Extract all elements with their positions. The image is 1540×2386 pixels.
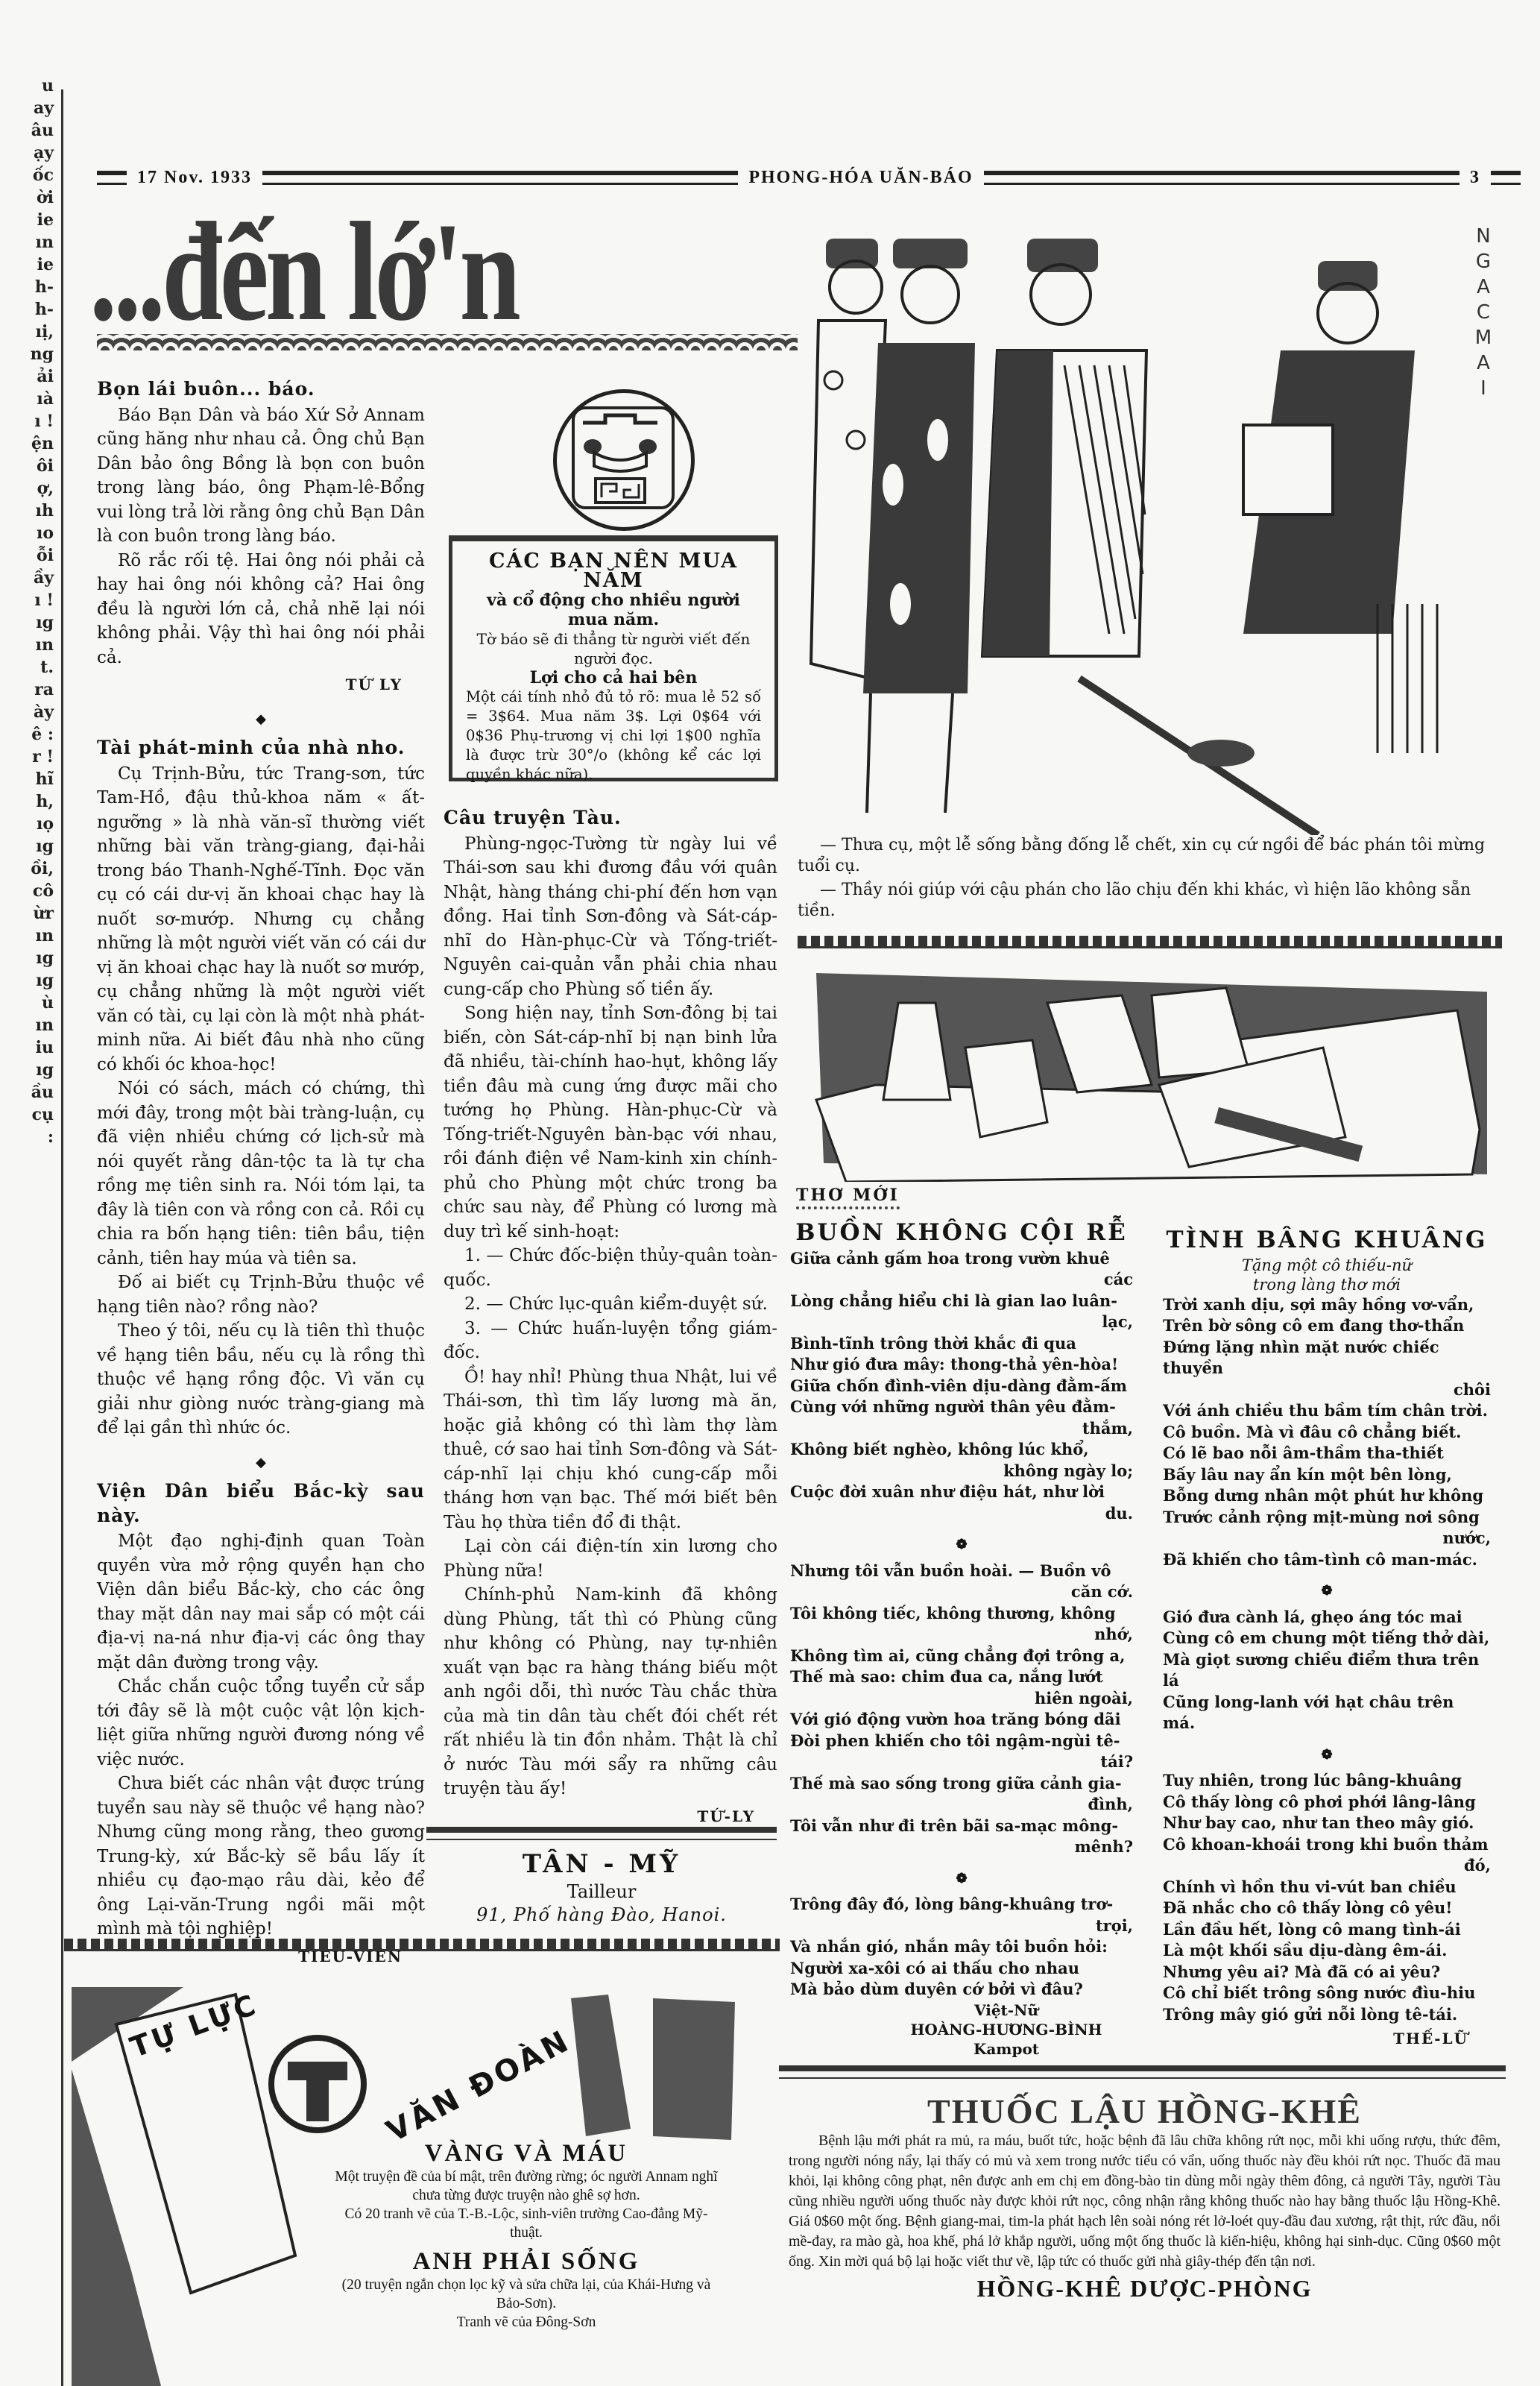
artist-signature-letter: A (1472, 350, 1495, 376)
poem-byline: THẾ-LỮ (1163, 2028, 1468, 2050)
poem-line: Mà bảo dùm duyên cớ bởi vì đâu? (790, 1979, 1133, 2001)
poem-line-continuation: chôi (1163, 1379, 1491, 1401)
ad-headline: THUỐC LẬU HỒNG-KHÊ (781, 2091, 1508, 2131)
column-1: Bọn lái buôn... báo. Báo Bạn Dân và báo … (97, 373, 425, 1968)
gutter-fragment: ıị, (0, 321, 58, 343)
gutter-fragment: ın (0, 1014, 58, 1036)
caption-line: — Thầy nói giúp với cậu phán cho lão chị… (798, 880, 1498, 922)
gutter-fragment: ıg (0, 947, 58, 969)
book-title: ANH PHẢI SỐNG (332, 2253, 720, 2271)
notice-line: Tờ báo sẽ đi thẳng từ người viết đến ngư… (466, 629, 761, 668)
poem-line: Trời xanh dịu, sợi mây hồng vơ-vẩn, (1163, 1294, 1491, 1316)
gutter-fragment: hĩ (0, 768, 58, 790)
poem-line-continuation: không ngày lo; (790, 1461, 1133, 1482)
poem-line: Và nhắn gió, nhắn mây tôi buồn hỏi: (790, 1936, 1133, 1958)
poem-line-continuation: đó, (1163, 1855, 1491, 1877)
poem-byline: HOÀNG-HƯƠNG-BÌNH (790, 2020, 1133, 2039)
gutter-fragment: t. (0, 656, 58, 679)
section-heading: Bọn lái buôn... báo. (97, 377, 425, 402)
page-fold-line (61, 89, 63, 2386)
gutter-fragment: cụ (0, 1104, 58, 1126)
cartoon-caption: — Thưa cụ, một lễ sống bằng đống lễ chết… (798, 835, 1498, 925)
page-number: 3 (1470, 168, 1480, 188)
poem-line: Cô chỉ biết trông sông nước đìu-hiu (1163, 1983, 1491, 2004)
gutter-fragment: ıo (0, 522, 58, 544)
page-title: ...đến lớ'n (89, 209, 642, 343)
gutter-fragment: ồi, (0, 857, 58, 880)
column-2: Câu truyện Tàu. Phùng-ngọc-Tường từ ngày… (444, 802, 777, 1828)
paragraph: Một đạo nghị-định quan Toàn quyền vừa mở… (97, 1529, 425, 1675)
paragraph: Báo Bạn Dân và báo Xứ Sở Annam cũng hăng… (97, 403, 425, 549)
poem-line: Nhưng yêu ai? Mà đã có ai yêu? (1163, 1962, 1491, 1983)
gutter-fragment: ie (0, 254, 58, 276)
poem-line-continuation: mênh? (790, 1836, 1133, 1858)
poem-line: Đòi phen khiến cho tôi ngậm-ngùi tê- (790, 1731, 1133, 1752)
paragraph: Chưa biết các nhân vật được trúng tuyển … (97, 1772, 425, 1942)
poem-line-continuation: nước, (1163, 1528, 1491, 1549)
poem-line: Cùng với những người thân yêu đằm- (790, 1397, 1133, 1418)
gutter-fragment: ıà (0, 388, 58, 410)
poem-line: Lòng chẳng hiểu chi là gian lao luân- (790, 1291, 1133, 1312)
hong-khe-medicine-ad: THUỐC LẬU HỒNG-KHÊ Bệnh lậu mới phát ra … (781, 2091, 1508, 2302)
poem-line-continuation: lạc, (790, 1312, 1133, 1333)
notice-details: Một cái tính nhỏ đủ tỏ rõ: mua lẻ 52 số … (466, 687, 761, 784)
gutter-fragment: ời (0, 186, 58, 209)
byline: TỨ LY (97, 673, 403, 697)
poem-line-continuation: thắm, (790, 1418, 1133, 1440)
poem-title: BUỒN KHÔNG CỘI RỄ (790, 1222, 1133, 1244)
poem-line: Cô buồn. Mà vì đâu cô chẳng biết. (1163, 1422, 1491, 1444)
poem-line: Với ánh chiều thu bầm tím chân trời. (1163, 1400, 1491, 1422)
gutter-fragment: u (0, 75, 58, 97)
gutter-fragment: ạy (0, 142, 58, 164)
section-rule (798, 936, 1502, 948)
list-item: 1. — Chức đốc-biện thủy-quân toàn-quốc. (444, 1244, 777, 1292)
paragraph: Theo ý tôi, nếu cụ là tiên thì thuộc về … (97, 1319, 425, 1441)
gutter-fragment: ải (0, 365, 58, 388)
gutter-fragment: cô (0, 880, 58, 902)
tu-luc-van-doan-ad: TỰ LỰC VĂN ĐOÀN VÀNG VÀ MÁU Một truyện đ… (64, 1957, 772, 2386)
paragraph: Đố ai biết cụ Trịnh-Bửu thuộc về hạng ti… (97, 1271, 425, 1319)
gutter-fragment: ê : (0, 723, 58, 746)
gutter-fragment: ỗi (0, 544, 58, 567)
poem-line: Lần đầu hết, lòng cô mang tình-ái (1163, 1919, 1491, 1941)
subscription-notice: CÁC BẠN NÊN MUA NĂM và cổ động cho nhiều… (449, 535, 778, 781)
page-header: 17 Nov. 1933 PHONG-HÓA UĂN-BÁO 3 (97, 163, 1521, 192)
ad-trade: Tailleur (426, 1879, 777, 1904)
artist-signature-letter: A (1472, 274, 1495, 300)
poem-line-continuation: hiên ngoài, (790, 1688, 1133, 1710)
poem-line: Trông mây gió gửi nỗi lòng tê-tái. (1163, 2004, 1491, 2026)
gutter-fragment: ầu (0, 1081, 58, 1104)
gutter-fragment: ng (0, 343, 58, 365)
cartoon-illustration (796, 216, 1504, 850)
poem-line-continuation: căn cớ. (790, 1581, 1133, 1603)
book-title: VÀNG VÀ MÁU (332, 2144, 720, 2163)
poem-buon-khong-coi-re: BUỒN KHÔNG CỘI RỄ Giữa cảnh gấm hoa tron… (790, 1219, 1133, 2059)
poem-line: Thế mà sao: chim đua ca, nắng lướt (790, 1666, 1133, 1688)
artist-signature-letter: M (1472, 325, 1495, 350)
paper-name: PHONG-HÓA UĂN-BÁO (748, 168, 973, 188)
section-rule (64, 1939, 780, 1951)
poem-byline: Việt-Nữ (790, 2001, 1133, 2020)
gutter-fragment: : (0, 1126, 58, 1148)
poem-line: Đã khiến cho tâm-tình cô man-mác. (1163, 1549, 1491, 1571)
poem-stanza-ornament-icon: ❁ (790, 1869, 1133, 1890)
poem-line: Trước cảnh rộng mịt-mùng nơi sông (1163, 1507, 1491, 1529)
paragraph: Cụ Trịnh-Bửu, tức Trang-sơn, tức Tam-Hồ,… (97, 762, 425, 1077)
section-heading: Viện Dân biểu Bắc-kỳ sau này. (97, 1479, 425, 1528)
header-rule (984, 171, 1459, 185)
paragraph: Lại còn cái điện-tín xin lương cho Phùng… (444, 1534, 777, 1583)
poem-line: Có lẽ bao nỗi âm-thầm tha-thiết (1163, 1443, 1491, 1464)
artist-signature-letter: C (1472, 300, 1495, 325)
gutter-fragment: h- (0, 276, 58, 298)
gutter-fragment: h, (0, 790, 58, 813)
poem-line-continuation: nhớ, (790, 1624, 1133, 1646)
poem-line: Tôi vẫn như đi trên bãi sa-mạc mông- (790, 1816, 1133, 1837)
section-heading: Câu truyện Tàu. (444, 806, 777, 831)
poem-stanza-ornament-icon: ❁ (1163, 1581, 1491, 1602)
header-rule (1491, 171, 1521, 185)
poem-line: Như bay cao, như tan theo mây gió. (1163, 1813, 1491, 1834)
paragraph: Song hiện nay, tỉnh Sơn-đông bị tai biến… (444, 1001, 777, 1244)
paragraph: Chắc chắn cuộc tổng tuyển cử sắp tới đây… (97, 1675, 425, 1772)
gutter-fragment: ıg (0, 1059, 58, 1081)
poem-line: Bấy lâu nay ẩn kín một bên lòng, (1163, 1464, 1491, 1486)
poem-line: Cuộc đời xuân như điệu hát, như lời (790, 1482, 1133, 1503)
artist-signature-letter: I (1472, 376, 1495, 401)
list-item: 3. — Chức huấn-luyện tổng giám-đốc. (444, 1317, 777, 1365)
issue-date: 17 Nov. 1933 (137, 168, 252, 188)
poem-line: Cô thấy lòng cô phơi phới lâng-lâng (1163, 1792, 1491, 1813)
section-rule (779, 2065, 1506, 2079)
poem-stanza-ornament-icon: ❁ (1163, 1745, 1491, 1766)
artist-signature: NGACMAI (1472, 224, 1495, 401)
byline: TỨ-LY (444, 1804, 755, 1829)
gutter-fragment: ừr (0, 902, 58, 925)
poem-line: Giữa chốn đình-viên dịu-dàng đằm-ấm (790, 1376, 1133, 1397)
poem-line: Cũng long-lanh với hạt châu trên má. (1163, 1692, 1491, 1734)
poem-line: Như gió đưa mây: thong-thả yên-hòa! (790, 1354, 1133, 1376)
caption-line: — Thưa cụ, một lễ sống bằng đống lễ chết… (798, 835, 1498, 877)
ornamental-seal-icon (553, 389, 695, 531)
gutter-fragment: ıọ (0, 813, 58, 835)
gutter-fragment: ày (0, 701, 58, 723)
paragraph: Ồ! hay nhỉ! Phùng thua Nhật, lui về Thái… (444, 1365, 777, 1535)
list-item: 2. — Chức lục-quân kiểm-duyệt sứ. (444, 1292, 777, 1317)
ad-text: VÀNG VÀ MÁU Một truyện đề của bí mật, tr… (332, 2140, 720, 2332)
book-description: (20 truyện ngắn chọn lọc kỹ và sửa chữa … (332, 2276, 720, 2313)
notice-subtitle: và cổ động cho nhiều người mua năm. (466, 591, 761, 629)
poem-line-continuation: tái? (790, 1751, 1133, 1773)
gutter-fragment: ốc (0, 164, 58, 186)
gutter-fragment: iu (0, 1036, 58, 1059)
gutter-fragment: ay (0, 97, 58, 119)
gutter-fragment: ın (0, 925, 58, 947)
poem-title: TÌNH BÂNG KHUÂNG (1163, 1230, 1491, 1251)
paragraph: Chính-phủ Nam-kinh đã không dùng Phùng, … (444, 1583, 777, 1801)
ad-footer: HỒNG-KHÊ DƯỢC-PHÒNG (781, 2275, 1508, 2302)
poem-tinh-bang-khuang: TÌNH BÂNG KHUÂNG Tặng một cô thiếu-nữ tr… (1163, 1227, 1491, 2050)
poem-line: Thế mà sao sống trong giữa cảnh gia- (790, 1773, 1133, 1795)
gutter-fragment: ıg (0, 611, 58, 634)
poem-line: Với gió động vườn hoa trăng bóng dãi (790, 1709, 1133, 1731)
poem-line-continuation: đình, (790, 1794, 1133, 1816)
paragraph: Rõ rắc rối tệ. Hai ông nói phải cả hay h… (97, 549, 425, 670)
gutter-fragment: ın (0, 231, 58, 254)
previous-page-gutter: uayâuạyốcờiieınieh-h-ıị,ngảiıàı !ệnôiợ,ı… (0, 75, 58, 2386)
poem-line: Bỗng dưng nhân một phút hư không (1163, 1485, 1491, 1507)
gutter-fragment: ın (0, 634, 58, 656)
gutter-fragment: r ! (0, 746, 58, 768)
poem-line: Cô khoan-khoái trong khi buồn thảm (1163, 1834, 1491, 1856)
header-rule (262, 171, 738, 185)
gutter-fragment: âu (0, 119, 58, 142)
diamond-ornament-icon: ◆ (97, 1451, 425, 1476)
gutter-fragment: ıh (0, 500, 58, 522)
gutter-fragment: h- (0, 298, 58, 321)
poem-line: Không biết nghèo, không lúc khổ, (790, 1439, 1133, 1461)
gutter-fragment: ı ! (0, 410, 58, 432)
ad-brand: TÂN - MỸ (426, 1849, 777, 1879)
book-illustrations: Có 20 tranh vẽ của T.-B.-Lộc, sinh-viên … (332, 2205, 720, 2242)
poem-line: Gió đưa cành lá, ghẹo áng tóc mai (1163, 1607, 1491, 1628)
gutter-fragment: ôi (0, 455, 58, 477)
ad-address: 91, Phố hàng Đào, Hanoi. (426, 1904, 777, 1925)
poem-line: Trên bờ sông cô em đang thơ-thẩn (1163, 1315, 1491, 1337)
poem-line: Nhưng tôi vẫn buồn hoài. — Buồn vô (790, 1561, 1133, 1582)
poem-line-continuation: du. (790, 1503, 1133, 1525)
notice-benefit: Lợi cho cả hai bên (466, 668, 761, 687)
gutter-fragment: ện (0, 432, 58, 455)
section-rule (426, 1827, 777, 1840)
poem-line: Bình-tĩnh trông thời khắc đi qua (790, 1333, 1133, 1355)
artist-signature-letter: N (1472, 224, 1495, 249)
tanmy-tailor-ad: TÂN - MỸ Tailleur 91, Phố hàng Đào, Hano… (426, 1849, 777, 1925)
poetry-section-label: THƠ MỚI (796, 1186, 900, 1209)
poem-line-continuation: các (790, 1269, 1133, 1291)
poem-line: Giữa cảnh gấm hoa trong vườn khuê (790, 1248, 1133, 1270)
artist-signature-letter: G (1472, 249, 1495, 274)
gutter-fragment: ợ, (0, 477, 58, 500)
poem-line: Mà giọt sương chiều điểm thưa trên lá (1163, 1649, 1491, 1692)
notice-title: CÁC BẠN NÊN MUA NĂM (466, 552, 761, 591)
poem-line: Chính vì hồn thu vi-vút ban chiều (1163, 1877, 1491, 1898)
poem-stanza-ornament-icon: ❁ (790, 1534, 1133, 1556)
poem-line: Người xa-xôi có ai thấu cho nhau (790, 1958, 1133, 1980)
poem-line: Trông đây đó, lòng bâng-khuâng trơ- (790, 1894, 1133, 1916)
poem-line: Tuy nhiên, trong lúc bâng-khuâng (1163, 1770, 1491, 1792)
poem-dedication: trong làng thơ mới (1163, 1275, 1491, 1294)
gutter-fragment: ie (0, 209, 58, 231)
books-still-life-illustration (801, 958, 1506, 1182)
diamond-ornament-icon: ◆ (97, 708, 425, 732)
gutter-fragment: ı ! (0, 589, 58, 611)
gutter-fragment: ra (0, 679, 58, 701)
paragraph: Phùng-ngọc-Tường từ ngày lui về Thái-sơn… (444, 832, 777, 1002)
gutter-fragment: ù (0, 992, 58, 1014)
gutter-fragment: ıg (0, 969, 58, 992)
wave-ornament-rule (97, 334, 798, 350)
poem-line: Tôi không tiếc, không thương, không (790, 1603, 1133, 1625)
poem-byline: Kampot (790, 2039, 1133, 2059)
gutter-fragment: ầy (0, 567, 58, 589)
section-heading: Tài phát-minh của nhà nho. (97, 736, 425, 761)
header-rule (97, 171, 127, 185)
poem-line: Đứng lặng nhìn mặt nước chiếc thuyền (1163, 1337, 1491, 1379)
poem-line-continuation: trọi, (790, 1916, 1133, 1937)
ad-body: Bệnh lậu mới phát ra mủ, ra máu, buốt tứ… (781, 2131, 1508, 2272)
poem-line: Không tìm ai, cũng chẳng đợi trông a, (790, 1646, 1133, 1667)
poem-line: Cùng cô em chung một tiếng thở dài, (1163, 1628, 1491, 1649)
book-illustrations: Tranh vẽ của Đông-Sơn (332, 2313, 720, 2332)
poem-line: Đã nhắc cho cô thấy lòng cô yêu! (1163, 1898, 1491, 1919)
poem-line: Là một khối sầu dịu-dàng êm-ái. (1163, 1940, 1491, 1962)
poem-dedication: Tặng một cô thiếu-nữ (1163, 1256, 1491, 1275)
book-description: Một truyện đề của bí mật, trên đường rừn… (332, 2168, 720, 2205)
gutter-fragment: ıg (0, 835, 58, 857)
paragraph: Nói có sách, mách có chứng, thì mới đây,… (97, 1077, 425, 1271)
